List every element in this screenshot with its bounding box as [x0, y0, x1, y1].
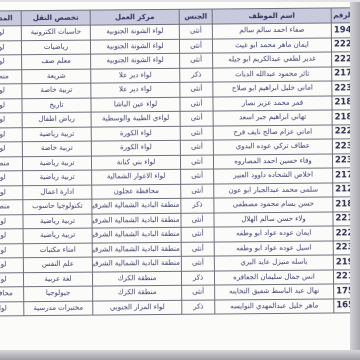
cell-name: اماني عزام صالح نايف فرح: [213, 124, 332, 140]
cell-center: لواء دير علا: [91, 68, 180, 83]
cell-spec: تربية رياضية: [22, 127, 91, 142]
cell-dir: لواء: [0, 301, 24, 316]
cell-name: حسن بسام محمود مصطفى: [214, 197, 333, 213]
cell-dir: منطقة: [0, 156, 23, 171]
header-directorate: المديرية: [0, 11, 21, 26]
cell-dir: لواء: [0, 127, 22, 142]
cell-gender: أنثى: [180, 53, 213, 68]
cell-center: لواء المزار الجنوبي: [93, 300, 182, 315]
cell-spec: شريعة: [22, 69, 91, 84]
cell-name: تهاني ابراهيم جبر اسعد: [213, 110, 332, 126]
cell-center: لواء الكورة: [91, 140, 180, 155]
scan-edge-right: [350, 0, 360, 360]
cell-spec: مختبرات مدرسية: [24, 301, 93, 316]
cell-gender: أنثى: [180, 111, 213, 126]
cell-center: منطقة البادية الشمالية الشرقية: [92, 242, 181, 257]
cell-name: ايمان عوده عواد ابو وطفه: [214, 226, 333, 242]
header-specialization: تخصص النقل: [21, 10, 90, 26]
cell-center: محافظة عجلون: [92, 184, 181, 199]
cell-dir: لواء: [0, 214, 23, 229]
cell-center: منطقة البادية الشمالية الشرقية: [92, 213, 181, 228]
cell-gender: ذكر: [180, 68, 213, 83]
employee-transfer-table: الرقم الوزاري اسم الموظف الجنس مركز العم…: [0, 7, 357, 316]
cell-center: لواءي الطيبة والوسطية: [91, 111, 180, 126]
cell-gender: أنثى: [181, 213, 214, 228]
cell-spec: تاريخ: [22, 98, 91, 113]
cell-dir: لواء: [0, 98, 22, 113]
cell-gender: أنثى: [179, 39, 212, 54]
cell-name: نهال عبد الباسط شفيق التخاينه: [215, 284, 334, 300]
cell-gender: أنثى: [180, 155, 213, 170]
cell-spec: تربية رياضية: [23, 214, 92, 229]
cell-dir: لواء: [0, 229, 23, 244]
cell-center: لواء الشونة الجنوبية: [90, 39, 179, 54]
cell-center: لواء الشونة الجنوبية: [91, 53, 180, 68]
cell-gender: أنثى: [181, 184, 214, 199]
cell-gender: أنثى: [182, 285, 215, 300]
cell-spec: جيولوجيا: [24, 286, 93, 301]
cell-spec: ادارة اعمال: [23, 185, 92, 200]
cell-center: لواء بني كنانة: [91, 155, 180, 170]
header-employee-name: اسم الموظف: [212, 8, 331, 24]
cell-name: باسله منيزل عايد البري: [214, 255, 333, 271]
cell-spec: امناء مكتبات: [23, 243, 92, 258]
cell-dir: لواء: [0, 171, 23, 186]
cell-spec: تربية رياضية: [22, 156, 91, 171]
cell-dir: لواء: [0, 113, 22, 128]
cell-gender: أنثى: [181, 256, 214, 271]
cell-spec: تربية خاصة: [22, 83, 91, 98]
cell-center: منطقة الكرك: [93, 285, 182, 300]
cell-gender: أنثى: [181, 227, 214, 242]
cell-name: سلمى محمد عبدالجبار ابو عون: [214, 182, 333, 198]
cell-center: لواء دير علا: [91, 82, 180, 97]
cell-gender: ذكر: [181, 271, 214, 286]
cell-dir: لواء: [0, 84, 22, 99]
cell-spec: تربية رياضية: [23, 228, 92, 243]
cell-name: وفاء حسين احمد المصاروه: [213, 153, 332, 169]
cell-dir: محافظة: [0, 287, 24, 302]
cell-gender: أنثى: [180, 97, 213, 112]
cell-gender: أنثى: [181, 242, 214, 257]
cell-name: ايمان ماهر محمد ابو غيث: [212, 37, 331, 53]
cell-name: عطاف تركي عوده البدوي: [213, 139, 332, 155]
transfer-table-wrapper: الرقم الوزاري اسم الموظف الجنس مركز العم…: [0, 7, 343, 316]
cell-gender: أنثى: [181, 169, 214, 184]
cell-center: لواء عين الباشا: [91, 97, 180, 112]
cell-name: صفاء احمد سالم سالم: [212, 23, 331, 39]
cell-dir: لواء: [0, 40, 22, 55]
cell-spec: حاسبات الكترونية: [21, 25, 90, 40]
cell-center: لواء الشونة الجنوبية: [90, 24, 179, 39]
cell-dir: لواء: [0, 243, 23, 258]
cell-spec: تربية خاصة: [22, 141, 91, 156]
cell-dir: لواء: [0, 26, 21, 41]
cell-name: ثائر محمود عبدالله الديات: [213, 66, 332, 82]
cell-center: منطقة البادية الشمالية الشرقية: [92, 227, 181, 242]
cell-center: منطقة البادية الشمالية الشرقية: [92, 198, 181, 213]
table-body: 194صفاء احمد سالم سالمأنثىلواء الشونة ال…: [0, 23, 357, 316]
cell-name: ماهر خليل عبدالمهدي النوايسه: [215, 298, 334, 314]
cell-gender: ذكر: [181, 198, 214, 213]
cell-center: منطقة الكرك: [92, 271, 181, 286]
cell-name: قمر محمد عزيز نصار: [213, 95, 332, 111]
cell-spec: تكنولوجيا حاسوب: [23, 199, 92, 214]
scanned-document-page: { "colors": { "header_bg": "#c9cade", "b…: [0, 0, 360, 360]
cell-dir: لواء: [0, 142, 22, 157]
cell-gender: أنثى: [180, 126, 213, 141]
cell-spec: رياض اطفال: [22, 112, 91, 127]
cell-gender: ذكر: [182, 300, 215, 315]
cell-name: اسيل عوده عواد ابو وطفه: [214, 240, 333, 256]
cell-center: لواء الكورة: [91, 126, 180, 141]
cell-name: غدير لطفي عبدالكريم ابو جيله: [213, 52, 332, 68]
cell-spec: معلم صف: [22, 54, 91, 69]
table-row: 165ماهر خليل عبدالمهدي النوايسهذكرلواء ا…: [0, 298, 357, 316]
cell-name: انس جمال سليمان الجعافره: [214, 269, 333, 285]
cell-center: لواء الاغوار الشمالية: [92, 169, 181, 184]
cell-gender: أنثى: [180, 82, 213, 97]
cell-dir: لواء: [0, 55, 22, 70]
cell-spec: تربية رياضية: [23, 170, 92, 185]
cell-spec: رياضيات: [21, 40, 90, 55]
scan-edge-bottom: [0, 350, 360, 360]
cell-name: اخلاص الشحاده داوود العنير: [214, 168, 333, 184]
cell-dir: لواء: [0, 185, 23, 200]
cell-dir: لواء: [0, 258, 23, 273]
cell-dir: لواء: [0, 272, 24, 287]
scan-edge-top: [0, 0, 360, 2]
header-work-center: مركز العمل: [90, 9, 179, 25]
cell-dir: منطقة: [0, 69, 22, 84]
cell-gender: أنثى: [180, 140, 213, 155]
header-gender: الجنس: [179, 9, 212, 24]
cell-name: ولاء حسن سالم الهلال: [214, 211, 333, 227]
cell-spec: لغة عربية: [23, 272, 92, 287]
cell-spec: علم النفس: [23, 257, 92, 272]
cell-name: اماني خليل ابراهيم ابو صلاح: [213, 81, 332, 97]
cell-center: منطقة البادية الشمالية الشرقية: [92, 256, 181, 271]
cell-gender: أنثى: [179, 24, 212, 39]
cell-dir: منطقة: [0, 200, 23, 215]
